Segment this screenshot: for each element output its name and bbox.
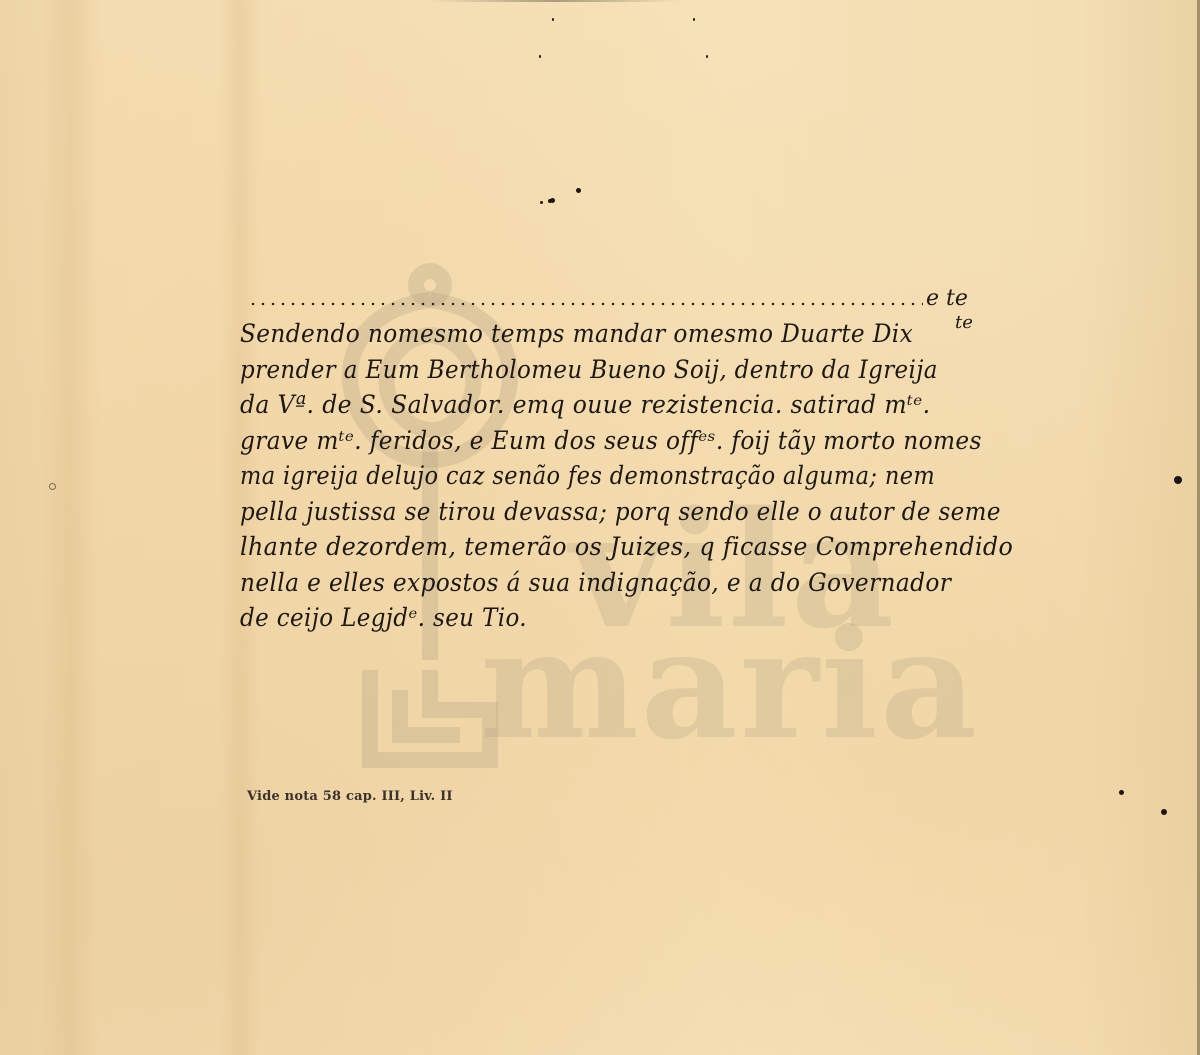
speck bbox=[552, 18, 554, 21]
manuscript-line: grave mᵗᵉ. feridos, e Eum dos seus offᵉˢ… bbox=[240, 423, 928, 459]
manuscript-line: de ceijo Legjdᵉ. seu Tio. bbox=[240, 600, 921, 636]
ellipsis-tail-text: e te bbox=[926, 286, 968, 311]
manuscript-line: da Vª. de S. Salvador. emq ouue rezisten… bbox=[240, 387, 936, 423]
paper-blemish bbox=[49, 483, 56, 490]
manuscript-line: ma igreija delujo caz senão fes demonstr… bbox=[240, 458, 906, 494]
paper-top-edge bbox=[430, 0, 680, 2]
punch-hole bbox=[1174, 476, 1182, 484]
manuscript-line: nella e elles expostos á sua indignação,… bbox=[240, 565, 928, 601]
punch-hole bbox=[576, 188, 581, 193]
manuscript-line: prender a Eum Bertholomeu Bueno Soij, de… bbox=[240, 352, 921, 388]
reference-caption: Vide nota 58 cap. III, Liv. II bbox=[247, 789, 453, 804]
punch-hole bbox=[550, 198, 555, 203]
manuscript-text-block: Sendendo nomesmo temps mandar omesmo Dua… bbox=[240, 316, 980, 636]
punch-hole bbox=[540, 201, 543, 204]
punch-hole bbox=[1119, 790, 1124, 795]
manuscript-line: Sendendo nomesmo temps mandar omesmo Dua… bbox=[240, 316, 928, 352]
dotted-ellipsis-line bbox=[248, 302, 923, 306]
manuscript-line: lhante dezordem, temerão os Juizes, q fi… bbox=[240, 529, 943, 565]
manuscript-line: pella justissa se tirou devassa; porq se… bbox=[240, 494, 921, 530]
paper-crease bbox=[40, 0, 100, 1055]
manuscript-page: vila maria e te te Sendendo nomesmo temp… bbox=[0, 0, 1200, 1055]
speck bbox=[706, 55, 708, 58]
punch-hole bbox=[1161, 809, 1167, 815]
speck bbox=[693, 18, 695, 21]
speck bbox=[539, 55, 541, 58]
